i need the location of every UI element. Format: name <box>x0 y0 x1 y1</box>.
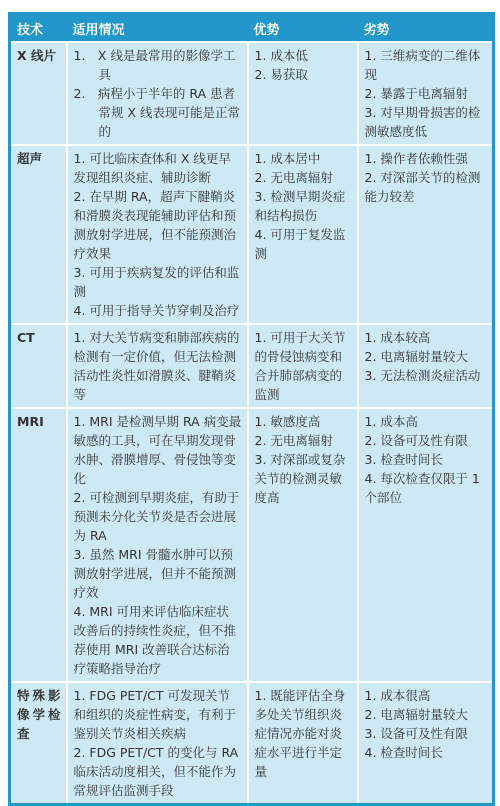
list-item: 3. 可用于疾病复发的评估和监测 <box>74 263 242 301</box>
table-row-xray: X 线片 1. X 线是最常用的影像学工具 2. 病程小于半年的 RA 患者常规… <box>10 42 494 145</box>
advantages-cell: 1. 敏感度高 2. 无电离辐射 3. 对深部或复杂关节的检测灵敏度高 <box>248 408 358 682</box>
table-row-ultrasound: 超声 1. 可比临床查体和 X 线更早发现组织炎症、辅助诊断 2. 在早期 RA… <box>10 145 494 324</box>
disadvantages-cell: 1. 成本很高 2. 电离辐射量较大 3. 设备可及性有限 4. 检查时间长 <box>358 682 494 805</box>
technique-label: X 线片 <box>10 42 67 145</box>
list-item: 1. X 线是最常用的影像学工具 <box>74 46 242 84</box>
list-item: 1. 成本较高 <box>365 328 488 347</box>
technique-label: MRI <box>10 408 67 682</box>
table-row-ct: CT 1. 对大关节病变和肺部疾病的检测有一定价值，但无法检测活动性炎性如滑膜炎… <box>10 324 494 408</box>
advantages-cell: 1. 可用于大关节的骨侵蚀病变和合并肺部病变的监测 <box>248 324 358 408</box>
list-item: 3. 检查时间长 <box>365 450 488 469</box>
list-item: 1. 操作者依赖性强 <box>365 149 488 168</box>
disadvantages-cell: 1. 操作者依赖性强 2. 对深部关节的检测能力较差 <box>358 145 494 324</box>
imaging-techniques-table: 技术 适用情况 优势 劣势 X 线片 1. X 线是最常用的影像学工具 2. 病… <box>8 12 495 806</box>
header-disadvantages: 劣势 <box>358 14 494 43</box>
list-item: 3. 虽然 MRI 骨髓水肿可以预测放射学进展，但并不能预测疗效 <box>74 545 242 602</box>
technique-label: 特殊影像学检查 <box>10 682 67 805</box>
list-item: 1. 成本很高 <box>365 686 488 705</box>
list-item: 3. 无法检测炎症活动 <box>365 366 488 385</box>
list-item: 1. 对大关节病变和肺部疾病的检测有一定价值，但无法检测活动性炎性如滑膜炎、腱鞘… <box>74 328 242 404</box>
advantages-cell: 1. 成本居中 2. 无电离辐射 3. 检测早期炎症和结构损伤 4. 可用于复发… <box>248 145 358 324</box>
applicable-cell: 1. MRI 是检测早期 RA 病变最敏感的工具，可在早期发现骨水肿、滑膜增厚、… <box>67 408 248 682</box>
header-applicable: 适用情况 <box>67 14 248 43</box>
list-item: 1. 成本低 <box>255 46 352 65</box>
list-item: 2. 易获取 <box>255 65 352 84</box>
table-row-mri: MRI 1. MRI 是检测早期 RA 病变最敏感的工具，可在早期发现骨水肿、滑… <box>10 408 494 682</box>
list-item: 3. 对早期骨损害的检测敏感度低 <box>365 103 488 141</box>
disadvantages-cell: 1. 成本较高 2. 电离辐射量较大 3. 无法检测炎症活动 <box>358 324 494 408</box>
list-item: 1. 可用于大关节的骨侵蚀病变和合并肺部病变的监测 <box>255 328 352 404</box>
technique-label: 超声 <box>10 145 67 324</box>
list-item: 2. 对深部关节的检测能力较差 <box>365 168 488 206</box>
list-item: 2. 暴露于电离辐射 <box>365 84 488 103</box>
list-item: 1. 既能评估全身多处关节组织炎症情况亦能对炎症水平进行半定量 <box>255 686 352 781</box>
list-item: 1. FDG PET/CT 可发现关节和组织的炎症性病变，有利于鉴别关节炎相关疾… <box>74 686 242 743</box>
applicable-cell: 1. X 线是最常用的影像学工具 2. 病程小于半年的 RA 患者常规 X 线表… <box>67 42 248 145</box>
table-header-row: 技术 适用情况 优势 劣势 <box>10 14 494 43</box>
list-item: 4. 检查时间长 <box>365 743 488 762</box>
list-item: 2. 设备可及性有限 <box>365 431 488 450</box>
list-item: 1. 成本居中 <box>255 149 352 168</box>
list-item: 4. 可用于指导关节穿刺及治疗 <box>74 301 242 320</box>
table-row-special-imaging: 特殊影像学检查 1. FDG PET/CT 可发现关节和组织的炎症性病变，有利于… <box>10 682 494 805</box>
disadvantages-cell: 1. 三维病变的二维体现 2. 暴露于电离辐射 3. 对早期骨损害的检测敏感度低 <box>358 42 494 145</box>
page-container: 技术 适用情况 优势 劣势 X 线片 1. X 线是最常用的影像学工具 2. 病… <box>0 0 500 806</box>
list-item: 1. 三维病变的二维体现 <box>365 46 488 84</box>
list-item: 2. 可检测到早期炎症，有助于预测未分化关节炎是否会进展为 RA <box>74 488 242 545</box>
list-item: 2. 无电离辐射 <box>255 431 352 450</box>
list-item: 2. 病程小于半年的 RA 患者常规 X 线表现可能是正常的 <box>74 84 242 141</box>
list-item: 1. 成本高 <box>365 412 488 431</box>
advantages-cell: 1. 成本低 2. 易获取 <box>248 42 358 145</box>
list-item: 2. 电离辐射量较大 <box>365 705 488 724</box>
applicable-cell: 1. 可比临床查体和 X 线更早发现组织炎症、辅助诊断 2. 在早期 RA，超声… <box>67 145 248 324</box>
list-item: 2. 电离辐射量较大 <box>365 347 488 366</box>
header-advantages: 优势 <box>248 14 358 43</box>
list-item: 3. 设备可及性有限 <box>365 724 488 743</box>
list-item: 1. 敏感度高 <box>255 412 352 431</box>
list-item: 2. FDG PET/CT 的变化与 RA 临床活动度相关，但不能作为常规评估监… <box>74 743 242 800</box>
list-item: 4. 每次检查仅限于 1 个部位 <box>365 469 488 507</box>
technique-label: CT <box>10 324 67 408</box>
list-item: 3. 检测早期炎症和结构损伤 <box>255 187 352 225</box>
list-item: 4. MRI 可用来评估临床症状改善后的持续性炎症，但不推荐使用 MRI 改善联… <box>74 602 242 678</box>
header-technique: 技术 <box>10 14 67 43</box>
list-item: 2. 在早期 RA，超声下腱鞘炎和滑膜炎表现能辅助评估和预测放射学进展，但不能预… <box>74 187 242 263</box>
applicable-cell: 1. 对大关节病变和肺部疾病的检测有一定价值，但无法检测活动性炎性如滑膜炎、腱鞘… <box>67 324 248 408</box>
list-item: 4. 可用于复发监测 <box>255 225 352 263</box>
list-item: 1. 可比临床查体和 X 线更早发现组织炎症、辅助诊断 <box>74 149 242 187</box>
list-item: 3. 对深部或复杂关节的检测灵敏度高 <box>255 450 352 507</box>
list-item: 2. 无电离辐射 <box>255 168 352 187</box>
list-item: 1. MRI 是检测早期 RA 病变最敏感的工具，可在早期发现骨水肿、滑膜增厚、… <box>74 412 242 488</box>
applicable-cell: 1. FDG PET/CT 可发现关节和组织的炎症性病变，有利于鉴别关节炎相关疾… <box>67 682 248 805</box>
disadvantages-cell: 1. 成本高 2. 设备可及性有限 3. 检查时间长 4. 每次检查仅限于 1 … <box>358 408 494 682</box>
advantages-cell: 1. 既能评估全身多处关节组织炎症情况亦能对炎症水平进行半定量 <box>248 682 358 805</box>
